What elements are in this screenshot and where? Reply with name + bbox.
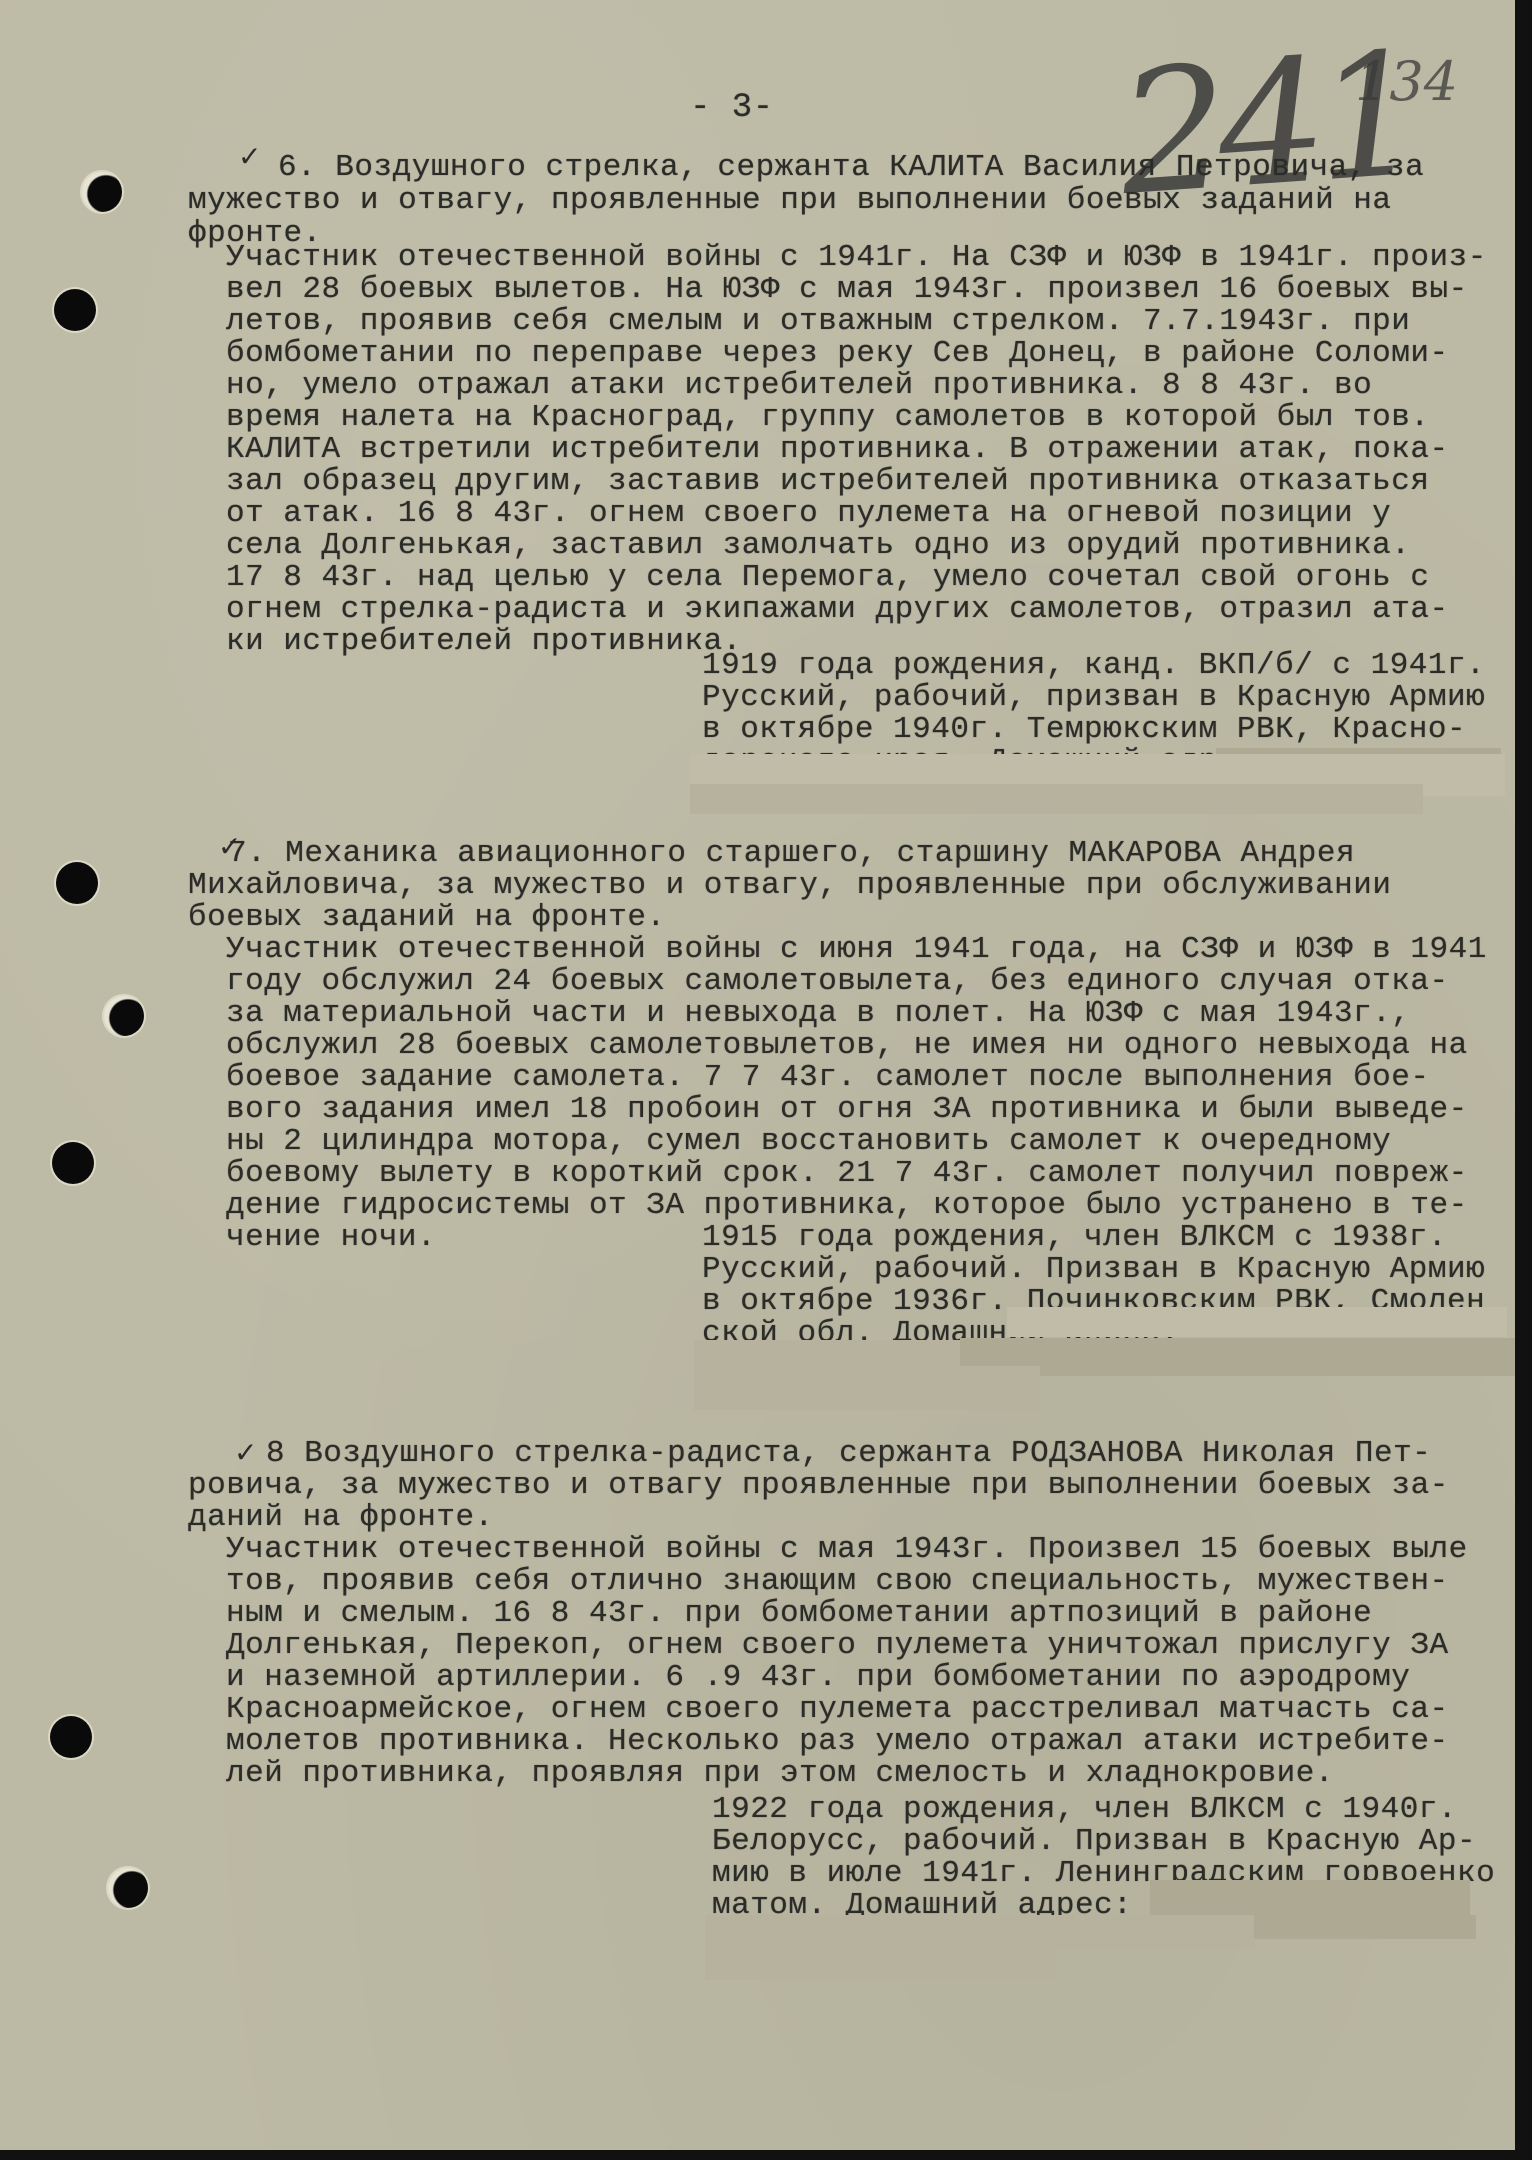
entry-body-line: чение ночи. [226, 1222, 436, 1255]
archive-folio-number: 134 [1355, 55, 1458, 109]
entry-body-line: Долгенькая, Перекоп, огнем своего пулеме… [226, 1630, 1449, 1663]
entry-body-line: летов, проявив себя смелым и отважным ст… [226, 306, 1410, 339]
document-page: - 3- 241 134 ✓ 6. Воздушного стрелка, се… [0, 0, 1518, 2150]
entry-heading-line: даний на фронте. [188, 1502, 494, 1535]
entry-heading-line: мужество и отвагу, проявленные при выпол… [188, 185, 1392, 218]
entry-body-line: боевое задание самолета. 7 7 43г. самоле… [226, 1062, 1430, 1095]
entry-body-line: Красноармейское, огнем своего пулемета р… [226, 1694, 1449, 1727]
entry-body-line: за материальной части и невыхода в полет… [226, 998, 1410, 1031]
redacted-address [1007, 1307, 1507, 1337]
redacted-address [1254, 1915, 1476, 1939]
entry-body-line: зал образец другим, заставив истребителе… [226, 466, 1430, 499]
redacted-address [694, 1340, 962, 1368]
redacted-address [705, 1948, 1055, 1980]
entry-body-line: тов, проявив себя отлично знающим свою с… [226, 1566, 1449, 1599]
entry-body-line: лей противника, проявляя при этом смелос… [226, 1758, 1334, 1791]
entry-body-line: боевому вылету в короткий срок. 21 7 43г… [226, 1158, 1468, 1191]
entry-body-line: КАЛИТА встретили истребители противника.… [226, 434, 1449, 467]
entry-body-line: 17 8 43г. над целью у села Перемога, уме… [226, 562, 1430, 595]
entry-body-line: вел 28 боевых вылетов. На ЮЗФ с мая 1943… [226, 274, 1468, 307]
redacted-address [1150, 1880, 1470, 1916]
bio-line: Русский, рабочий. Призван в Красную Арми… [702, 1254, 1485, 1287]
bio-line: Русский, рабочий, призван в Красную Арми… [702, 682, 1485, 715]
punch-hole-torn [104, 996, 144, 1036]
bio-line: 1915 года рождения, член ВЛКСМ с 1938г. [702, 1222, 1447, 1255]
entry-heading-line: ровича, за мужество и отвагу проявленные… [188, 1470, 1449, 1503]
scan-edge-bottom [0, 2150, 1532, 2160]
entry-heading-line: боевых заданий на фронте. [188, 902, 666, 935]
punch-hole [54, 289, 96, 331]
bio-line: 1919 года рождения, канд. ВКП/б/ с 1941г… [702, 650, 1485, 683]
bio-line: 1922 года рождения, член ВЛКСМ с 1940г. [712, 1794, 1457, 1827]
bio-line: Белорусс, рабочий. Призван в Красную Ар- [712, 1826, 1476, 1859]
entry-body-line: дение гидросистемы от ЗА противника, кот… [226, 1190, 1468, 1223]
entry-body-line: ны 2 цилиндра мотора, сумел восстановить… [226, 1126, 1391, 1159]
entry-body-line: время налета на Красноград, группу самол… [226, 402, 1430, 435]
scan-edge-right [1515, 0, 1532, 2160]
entry-body-line: и наземной артиллерии. 6 .9 43г. при бом… [226, 1662, 1410, 1695]
entry-body-line: молетов противника. Несколько раз умело … [226, 1726, 1449, 1759]
entry-body-line: села Долгенькая, заставил замолчать одно… [226, 530, 1410, 563]
entry-body-line: бомбометании по переправе через реку Сев… [226, 338, 1449, 371]
entry-body-line: году обслужил 24 боевых самолетовылета, … [226, 966, 1449, 999]
entry-body-line: Участник отечественной войны с мая 1943г… [226, 1534, 1468, 1567]
entry-body-line: обслужил 28 боевых самолетовылетов, не и… [226, 1030, 1468, 1063]
redacted-address [694, 1366, 1040, 1410]
entry-body-line: ным и смелым. 16 8 43г. при бомбометании… [226, 1598, 1372, 1631]
punch-hole [56, 862, 98, 904]
redacted-address [690, 784, 1423, 814]
punch-hole [50, 1716, 92, 1758]
punch-hole-torn [82, 172, 122, 212]
entry-body-line: вого задания имел 18 пробоин от огня ЗА … [226, 1094, 1468, 1127]
redacted-address [705, 1915, 1255, 1949]
entry-body-line: но, умело отражал атаки истребителей про… [226, 370, 1372, 403]
entry-body-line: от атак. 16 8 43г. огнем своего пулемета… [226, 498, 1391, 531]
check-mark-icon: ✓ [238, 140, 261, 173]
entry-body-line: огнем стрелка-радиста и экипажами других… [226, 594, 1449, 627]
entry-heading-line: 7. Механика авиационного старшего, старш… [228, 838, 1355, 871]
punch-hole-torn [108, 1868, 148, 1908]
entry-body-line: Участник отечественной войны с июня 1941… [226, 934, 1487, 967]
entry-body-line: Участник отечественной войны с 1941г. На… [226, 242, 1487, 275]
bio-line: в октябре 1940г. Темрюкским РВК, Красно- [702, 714, 1466, 747]
punch-hole [52, 1142, 94, 1184]
entry-body-line: ки истребителей противника. [226, 626, 742, 659]
check-mark-icon: ✓ [234, 1436, 257, 1469]
entry-heading-line: 8 Воздушного стрелка-радиста, сержанта Р… [266, 1438, 1431, 1471]
entry-heading-line: Михайловича, за мужество и отвагу, прояв… [188, 870, 1392, 903]
page-number: - 3- [690, 92, 774, 125]
redacted-address [960, 1338, 1520, 1376]
entry-heading-line: 6. Воздушного стрелка, сержанта КАЛИТА В… [278, 152, 1424, 185]
